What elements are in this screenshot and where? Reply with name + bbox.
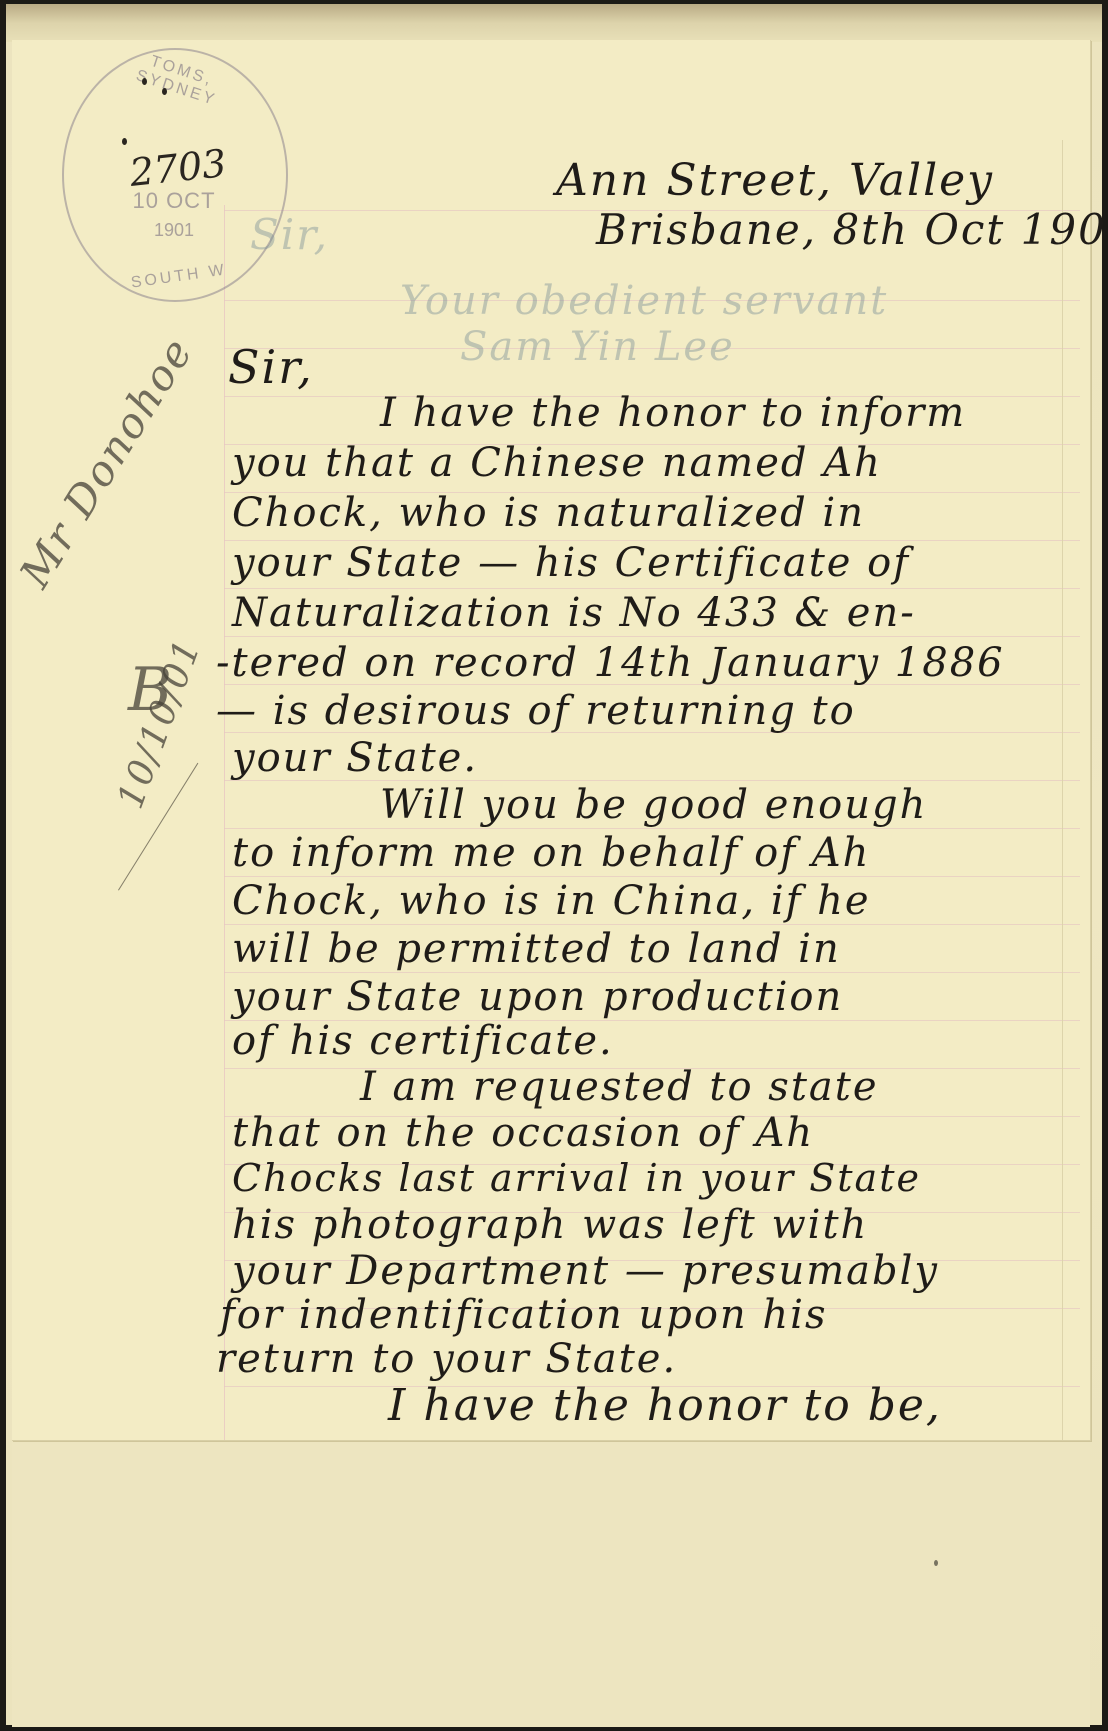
letter-line: return to your State. — [216, 1336, 677, 1382]
bleed-salutation: Sir, — [250, 210, 329, 259]
letter-line: your State — his Certificate of — [232, 540, 910, 586]
letter-line: Chocks last arrival in your State — [232, 1156, 921, 1200]
letter-line: Will you be good enough — [380, 782, 927, 828]
letter-line: Naturalization is No 433 & en- — [232, 590, 916, 636]
right-margin-rule — [1062, 140, 1063, 1440]
letter-line: for indentification upon his — [220, 1292, 827, 1338]
letter-line: to inform me on behalf of Ah — [232, 830, 870, 876]
letter-line: — is desirous of returning to — [216, 688, 856, 734]
letter-line: that on the occasion of Ah — [232, 1110, 814, 1156]
letter-line: your Department — presumably — [232, 1248, 939, 1294]
closing-line: I have the honor to be, — [388, 1380, 942, 1431]
salutation: Sir, — [228, 340, 314, 394]
bleed-closing-1: Your obedient servant — [400, 278, 888, 324]
stamp-year: 1901 — [114, 220, 234, 241]
received-stamp: TOMS, SYDNEY 2703 10 OCT 1901 SOUTH W — [62, 48, 288, 302]
letter-line: I am requested to state — [360, 1064, 879, 1110]
letter-line: of his certificate. — [232, 1018, 614, 1064]
letter-line: I have the honor to inform — [380, 390, 966, 436]
letter-line: Chock, who is in China, if he — [232, 878, 871, 924]
backing-top-edge — [6, 4, 1102, 42]
bleed-closing-2: Sam Yin Lee — [460, 324, 735, 370]
letter-line: Chock, who is naturalized in — [232, 490, 865, 536]
address-line: Ann Street, Valley — [556, 155, 994, 206]
place-date-line: Brisbane, 8th Oct 1901. — [596, 205, 1108, 254]
margin-rule — [224, 205, 225, 1440]
letter-line: you that a Chinese named Ah — [232, 440, 882, 486]
letter-line: -tered on record 14th January 1886 — [216, 640, 1005, 686]
stamp-day-month: 10 OCT — [114, 188, 234, 214]
letter-line: your State. — [232, 735, 478, 781]
backing-sheet-lower — [12, 1442, 1090, 1727]
letter-line: his photograph was left with — [232, 1202, 868, 1248]
letter-line: will be permitted to land in — [232, 926, 841, 972]
letter-line: your State upon production — [232, 974, 843, 1020]
